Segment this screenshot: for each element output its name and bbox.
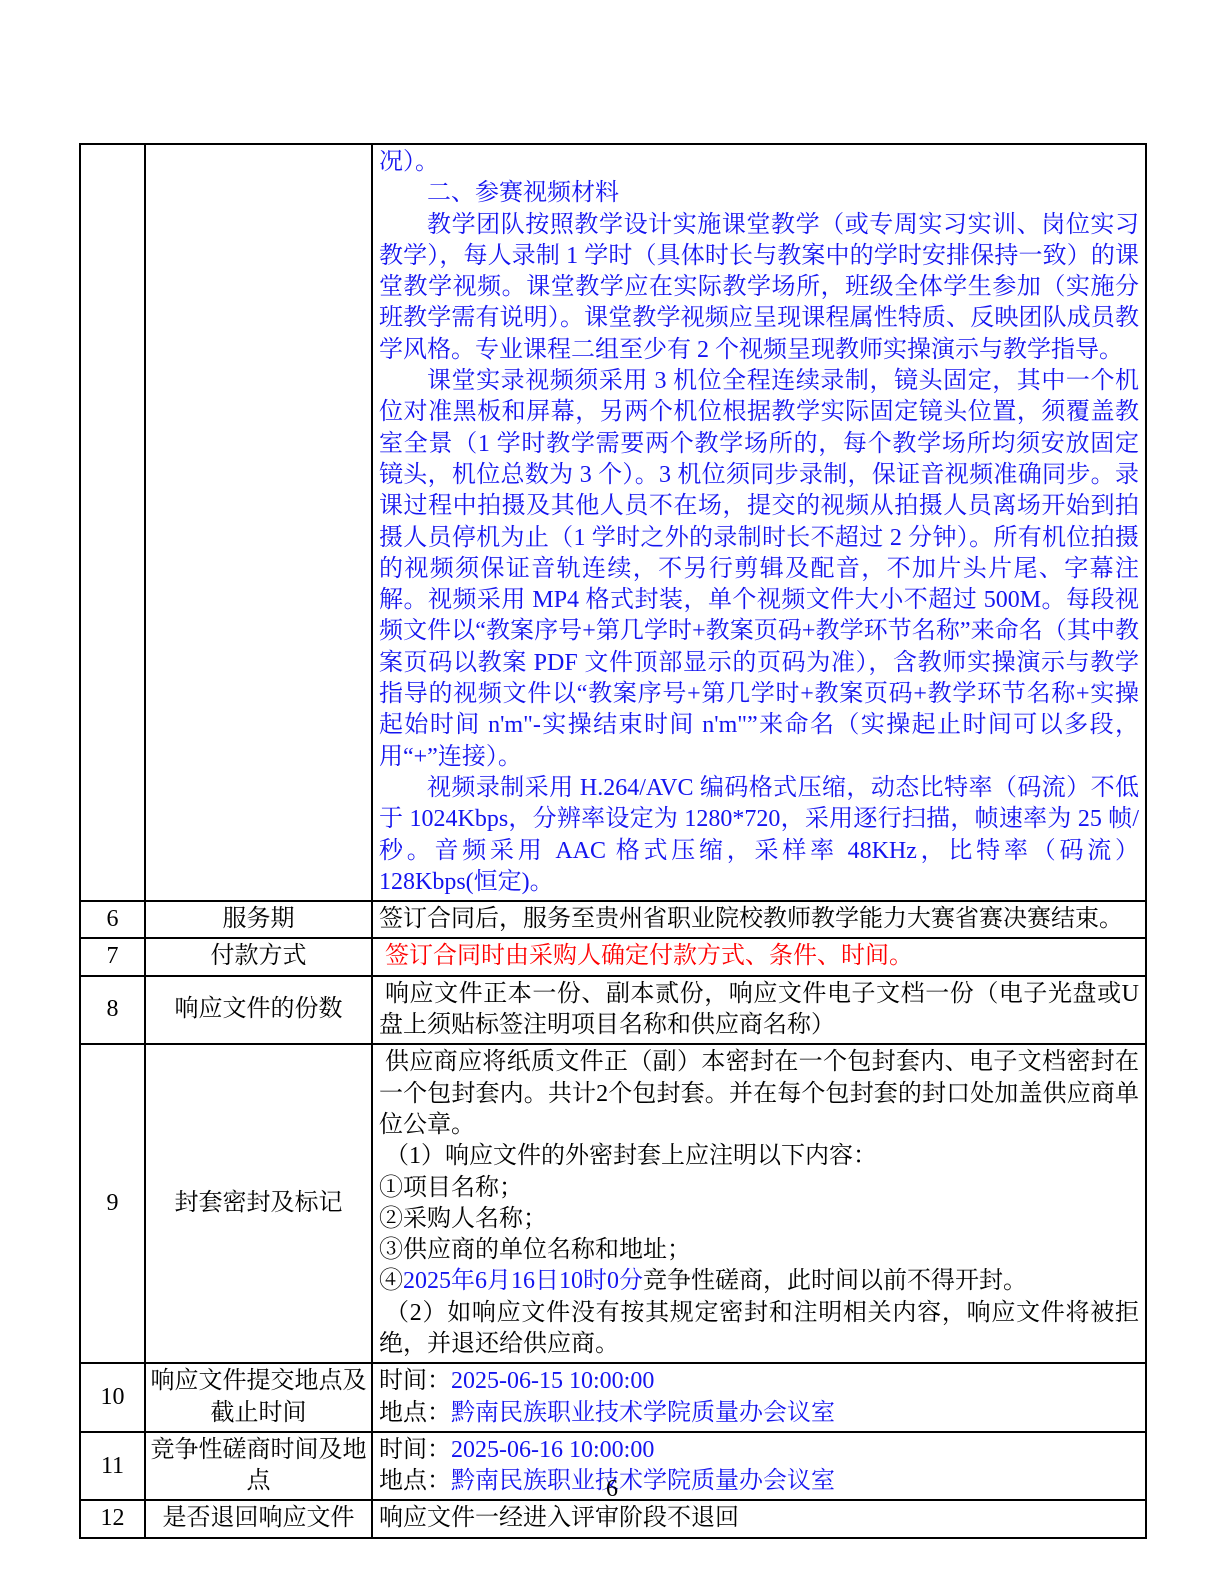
row-label-sealing-marking: 封套密封及标记 <box>145 1044 372 1363</box>
envelope-item-purchaser-name: ②采购人名称； <box>379 1204 1139 1235</box>
table-row-6: 6 服务期 签订合同后，服务至贵州省职业院校教师教学能力大赛省赛决赛结束。 <box>80 901 1146 938</box>
envelope-item-project-name: ①项目名称； <box>379 1173 1139 1204</box>
row-content-cell: 签订合同时由采购人确定付款方式、条件、时间。 <box>372 938 1146 975</box>
payment-method-text: 签订合同时由采购人确定付款方式、条件、时间。 <box>379 941 1139 972</box>
paragraph-teaching-team: 教学团队按照教学设计实施课堂教学（或专周实习实训、岗位实习教学），每人录制 1 … <box>379 210 1139 366</box>
sealing-instructions-text: 供应商应将纸质文件正（副）本密封在一个包封套内、电子文档密封在一个包封套内。共计… <box>379 1047 1139 1141</box>
table-row-7: 7 付款方式 签订合同时由采购人确定付款方式、条件、时间。 <box>80 938 1146 975</box>
negotiation-time-line: 时间：2025-06-16 10:00:00 <box>379 1435 1139 1466</box>
row-content-cell: 签订合同后，服务至贵州省职业院校教师教学能力大赛省赛决赛结束。 <box>372 901 1146 938</box>
row-label-service-period: 服务期 <box>145 901 372 938</box>
row-label-return-documents: 是否退回响应文件 <box>145 1500 372 1537</box>
section-heading-video-materials: 二、参赛视频材料 <box>379 178 1139 209</box>
row-number-cell <box>80 144 145 901</box>
row-number: 10 <box>80 1363 145 1432</box>
service-period-text: 签订合同后，服务至贵州省职业院校教师教学能力大赛省赛决赛结束。 <box>379 904 1139 935</box>
table-row-8: 8 响应文件的份数 响应文件正本一份、副本贰份，响应文件电子文档一份（电子光盘或… <box>80 976 1146 1045</box>
time-label: 时间： <box>379 1437 451 1463</box>
page-number: 6 <box>0 1476 1224 1503</box>
row-content-cell: 时间：2025-06-15 10:00:00 地点：黔南民族职业技术学院质量办会… <box>372 1363 1146 1432</box>
row-label-payment-method: 付款方式 <box>145 938 372 975</box>
row-label-cell <box>145 144 372 901</box>
return-documents-text: 响应文件一经进入评审阶段不退回 <box>379 1503 1139 1534</box>
item-prefix: ④ <box>379 1268 403 1294</box>
row-label-copies-count: 响应文件的份数 <box>145 976 372 1045</box>
table-row-continuation: 况）。 二、参赛视频材料 教学团队按照教学设计实施课堂教学（或专周实习实训、岗位… <box>80 144 1146 901</box>
row-number: 12 <box>80 1500 145 1537</box>
outer-envelope-heading: （1）响应文件的外密封套上应注明以下内容： <box>379 1141 1139 1172</box>
rejection-clause-text: （2）如响应文件没有按其规定密封和注明相关内容，响应文件将被拒绝，并退还给供应商… <box>379 1298 1139 1361</box>
table-row-12: 12 是否退回响应文件 响应文件一经进入评审阶段不退回 <box>80 1500 1146 1537</box>
continuation-line: 况）。 <box>379 147 1139 178</box>
row-number: 8 <box>80 976 145 1045</box>
submission-place-line: 地点：黔南民族职业技术学院质量办会议室 <box>379 1398 1139 1429</box>
row-content-cell: 响应文件一经进入评审阶段不退回 <box>372 1500 1146 1537</box>
copies-count-text: 响应文件正本一份、副本贰份，响应文件电子文档一份（电子光盘或U盘上须贴标签注明项… <box>379 979 1139 1042</box>
row-content-cell: 响应文件正本一份、副本贰份，响应文件电子文档一份（电子光盘或U盘上须贴标签注明项… <box>372 976 1146 1045</box>
item-rest: 竞争性磋商，此时间以前不得开封。 <box>643 1268 1027 1294</box>
place-label: 地点： <box>379 1400 451 1426</box>
row-number: 9 <box>80 1044 145 1363</box>
negotiation-time-value: 2025-06-16 10:00:00 <box>451 1437 654 1463</box>
row-number: 6 <box>80 901 145 938</box>
row-number: 7 <box>80 938 145 975</box>
table-row-9: 9 封套密封及标记 供应商应将纸质文件正（副）本密封在一个包封套内、电子文档密封… <box>80 1044 1146 1363</box>
row-content-cell: 供应商应将纸质文件正（副）本密封在一个包封套内、电子文档密封在一个包封套内。共计… <box>372 1044 1146 1363</box>
envelope-item-supplier-info: ③供应商的单位名称和地址； <box>379 1235 1139 1266</box>
row-label-submission-deadline: 响应文件提交地点及截止时间 <box>145 1363 372 1432</box>
paragraph-encoding-specs: 视频录制采用 H.264/AVC 编码格式压缩，动态比特率（码流）不低于 102… <box>379 773 1139 898</box>
submission-deadline-value: 2025-06-15 10:00:00 <box>451 1368 654 1394</box>
submission-time-line: 时间：2025-06-15 10:00:00 <box>379 1366 1139 1397</box>
document-page: 况）。 二、参赛视频材料 教学团队按照教学设计实施课堂教学（或专周实习实训、岗位… <box>0 0 1224 1584</box>
paragraph-recording-requirements: 课堂实录视频须采用 3 机位全程连续录制，镜头固定，其中一个机位对准黑板和屏幕，… <box>379 366 1139 773</box>
time-label: 时间： <box>379 1368 451 1394</box>
tender-requirements-table: 况）。 二、参赛视频材料 教学团队按照教学设计实施课堂教学（或专周实习实训、岗位… <box>79 143 1147 1539</box>
row-content-cell: 况）。 二、参赛视频材料 教学团队按照教学设计实施课堂教学（或专周实习实训、岗位… <box>372 144 1146 901</box>
table-row-10: 10 响应文件提交地点及截止时间 时间：2025-06-15 10:00:00 … <box>80 1363 1146 1432</box>
opening-datetime: 2025年6月16日10时0分 <box>403 1268 643 1294</box>
envelope-item-opening-time: ④2025年6月16日10时0分竞争性磋商，此时间以前不得开封。 <box>379 1266 1139 1297</box>
submission-place-value: 黔南民族职业技术学院质量办会议室 <box>451 1400 835 1426</box>
